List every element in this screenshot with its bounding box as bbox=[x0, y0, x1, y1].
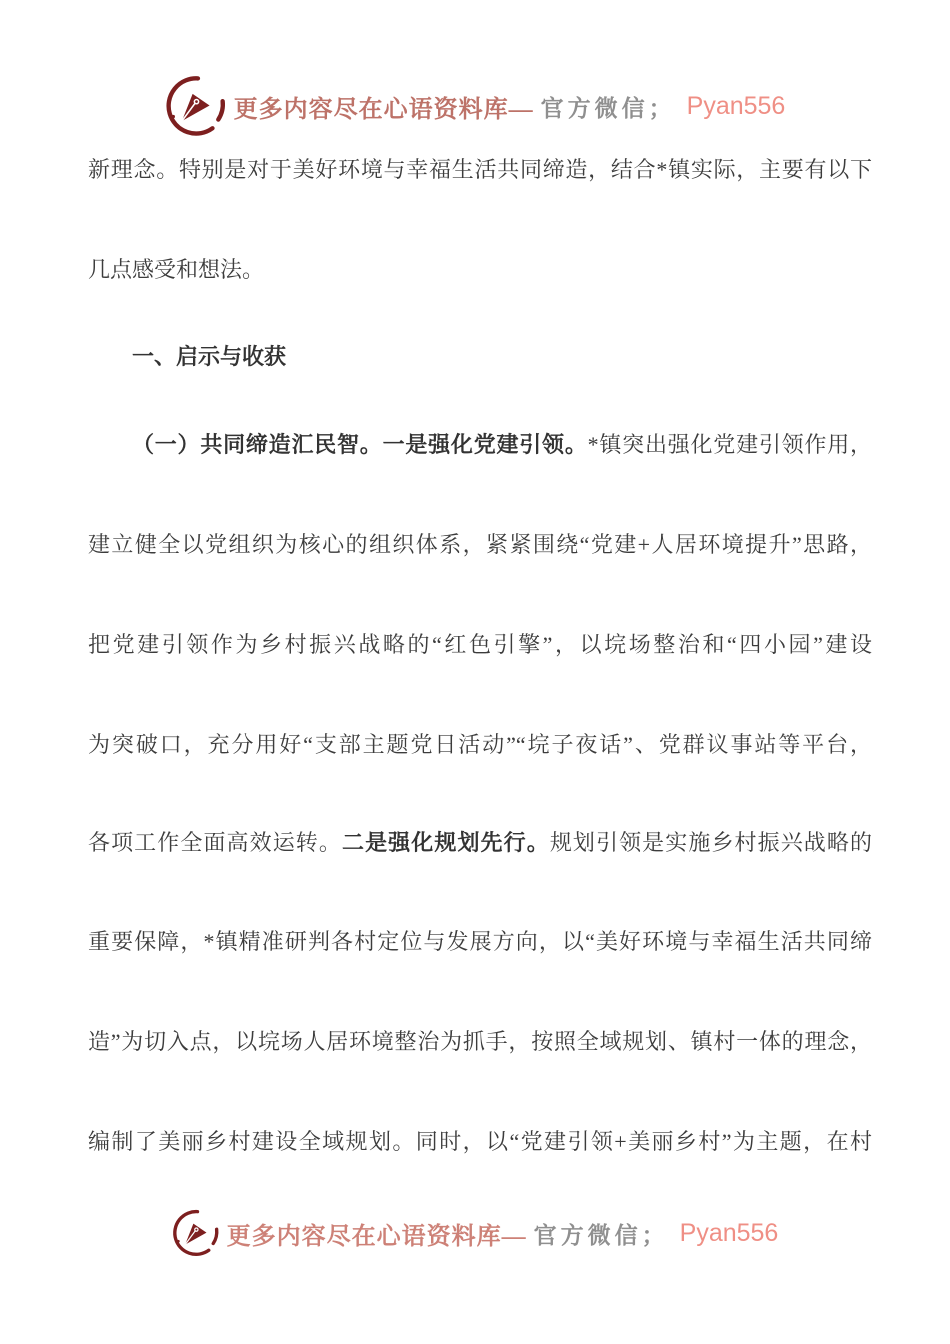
pen-swirl-logo-icon bbox=[165, 75, 227, 137]
paragraph-line: 造”为切入点，以垸场人居环境整治为抓手，按照全域规划、镇村一体的理念， bbox=[88, 1026, 872, 1058]
wechat-label: 官方微信； bbox=[541, 90, 676, 123]
paragraph-line: 各项工作全面高效运转。二是强化规划先行。规划引领是实施乡村振兴战略的 bbox=[88, 827, 872, 859]
wechat-label: 官方微信； bbox=[534, 1217, 669, 1250]
brand-text: 更多内容尽在心语资料库— bbox=[234, 89, 534, 124]
paragraph-line: 为突破口，充分用好“支部主题党日活动”“垸子夜话”、党群议事站等平台， bbox=[88, 729, 872, 761]
paragraph-line: 重要保障，*镇精准研判各村定位与发展方向，以“美好环境与幸福生活共同缔 bbox=[88, 926, 872, 958]
paragraph-line: 新理念。特别是对于美好环境与幸福生活共同缔造，结合*镇实际，主要有以下 bbox=[88, 154, 872, 186]
header-watermark: 更多内容尽在心语资料库— 官方微信； Pyan556 bbox=[0, 72, 950, 140]
document-page: 更多内容尽在心语资料库— 官方微信； Pyan556 新理念。特别是对于美好环境… bbox=[0, 0, 950, 1344]
bold-run: 二是强化规划先行。 bbox=[342, 830, 550, 855]
logo-nib bbox=[177, 1224, 206, 1250]
pen-swirl-logo-icon bbox=[172, 1209, 220, 1257]
paragraph-line: 把党建引领作为乡村振兴战略的“红色引擎”，以垸场整治和“四小园”建设 bbox=[88, 629, 872, 661]
footer-watermark: 更多内容尽在心语资料库— 官方微信； Pyan556 bbox=[0, 1204, 950, 1262]
wechat-id: Pyan556 bbox=[687, 92, 786, 121]
text-run: 各项工作全面高效运转。 bbox=[88, 830, 342, 855]
paragraph-line: 建立健全以党组织为核心的组织体系，紧紧围绕“党建+人居环境提升”思路， bbox=[88, 529, 872, 561]
bold-run: （一）共同缔造汇民智。一是强化党建引领。 bbox=[132, 432, 588, 457]
paragraph-line: 几点感受和想法。 bbox=[88, 254, 872, 286]
wechat-id: Pyan556 bbox=[680, 1219, 779, 1248]
section-heading: 一、启示与收获 bbox=[88, 341, 872, 373]
logo-nib bbox=[171, 94, 209, 128]
brand-text: 更多内容尽在心语资料库— bbox=[227, 1216, 527, 1251]
paragraph-line: 编制了美丽乡村建设全域规划。同时，以“党建引领+美丽乡村”为主题，在村 bbox=[88, 1126, 872, 1158]
text-run: 规划引领是实施乡村振兴战略的 bbox=[550, 830, 872, 855]
paragraph-line: （一）共同缔造汇民智。一是强化党建引领。*镇突出强化党建引领作用， bbox=[88, 429, 872, 461]
text-run: *镇突出强化党建引领作用， bbox=[588, 432, 872, 457]
